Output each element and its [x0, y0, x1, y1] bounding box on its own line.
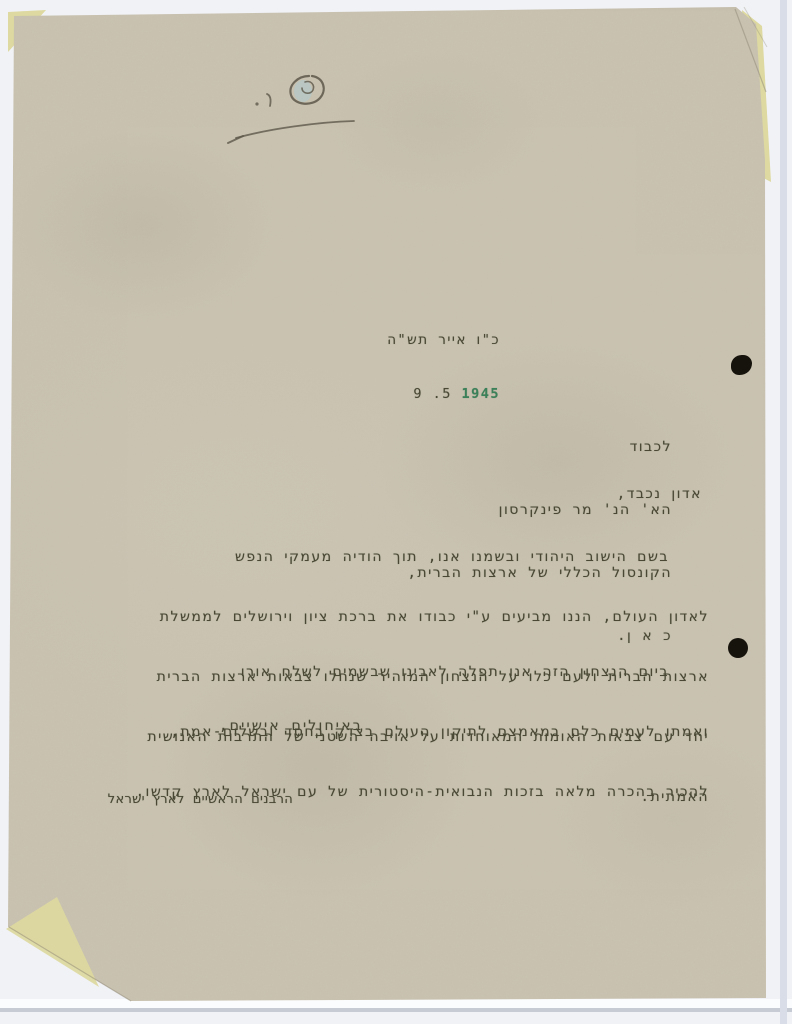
scanned-letter-page: { "colors": { "paper": "#c9c2b0", "backg… — [0, 0, 792, 1024]
ink-dot — [728, 638, 748, 658]
paper-sheet: כ"ו אייר תש"ה 9 .5 1945 לכבוד הא' הנ' מר… — [0, 0, 792, 1024]
signature-line: הרבנים הראשיים לארץ ישראל — [108, 790, 293, 810]
scan-right-band — [780, 0, 787, 1024]
scan-bottom-line — [0, 1008, 792, 1012]
date-hebrew: כ"ו אייר תש"ה — [387, 331, 500, 349]
recipient-line: לכבוד — [407, 437, 672, 458]
paragraph-line: ביום הנצחון הזה אנו תפלה לאבינו שבשמים ל… — [136, 662, 709, 682]
paragraph-line: בשם הישוב היהודי ובשמנו אנו, תוך הודיה מ… — [147, 547, 709, 567]
scan-bottom-strip — [0, 999, 792, 1008]
salutation-line: אדון נכבד, — [617, 484, 702, 504]
closing-line: באיחולים אישיים, — [219, 716, 363, 736]
